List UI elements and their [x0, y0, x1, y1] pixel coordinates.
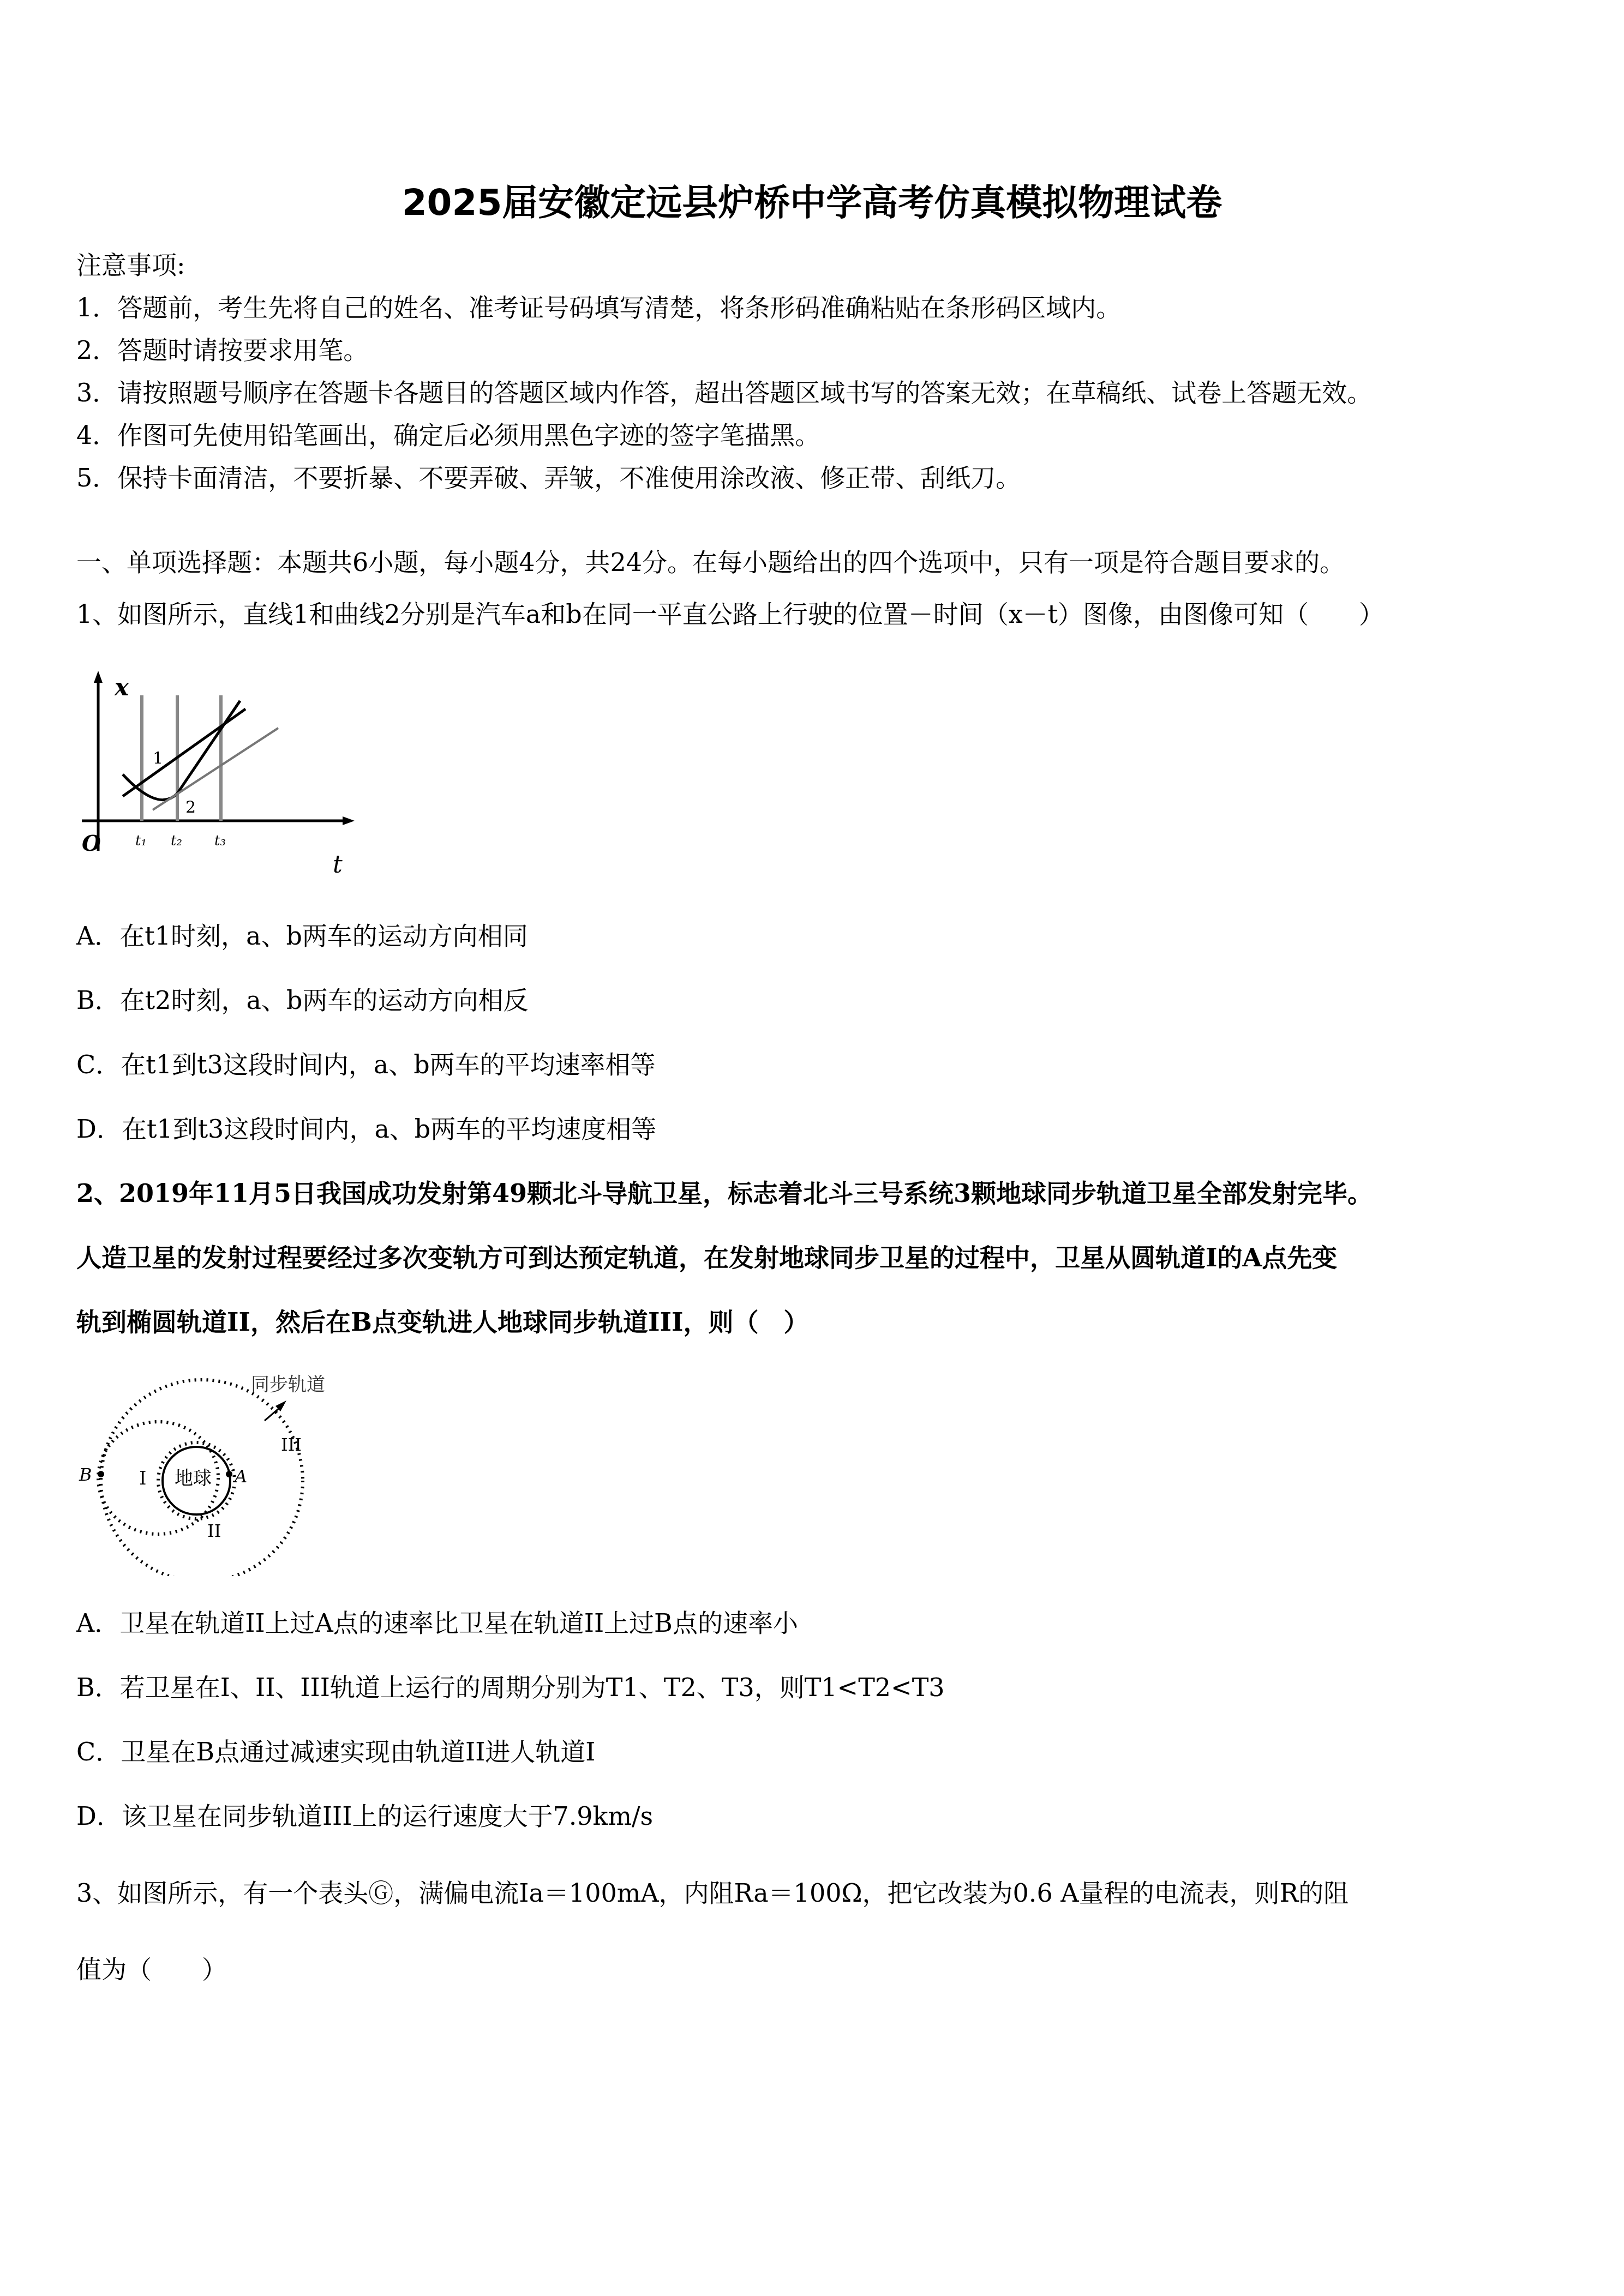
q2-option-b: B．若卫星在I、II、III轨道上运行的周期分别为T1、T2、T3，则T1<T2… [76, 1668, 945, 1704]
svg-text:III: III [281, 1434, 302, 1455]
svg-text:O: O [82, 831, 101, 856]
q1-option-d: D．在t1到t3这段时间内，a、b两车的平均速度相等 [76, 1109, 656, 1145]
q3-stem-line: 3、如图所示，有一个表头Ⓖ，满偏电流Ia＝100mA，内阻Ra＝100Ω，把它改… [76, 1873, 1349, 1909]
svg-text:II: II [207, 1520, 221, 1541]
svg-text:A: A [233, 1466, 247, 1487]
orbit-figure: 同步轨道 B A I 地球 II III [76, 1363, 382, 1576]
q2-stem-line: 人造卫星的发射过程要经过多次变轨方可到达预定轨道，在发射地球同步卫星的过程中，卫… [76, 1238, 1337, 1274]
svg-text:同步轨道: 同步轨道 [251, 1374, 325, 1396]
note-item: 1．答题前，考生先将自己的姓名、准考证号码填写清楚，将条形码准确粘贴在条形码区域… [76, 288, 1121, 324]
svg-text:t₃: t₃ [214, 833, 226, 849]
note-item: 5．保持卡面清洁，不要折暴、不要弄破、弄皱，不准使用涂改液、修正带、刮纸刀。 [76, 458, 1021, 494]
svg-text:2: 2 [185, 798, 196, 817]
q2-stem-line: 轨到椭圆轨道II，然后在B点变轨进人地球同步轨道III，则（ ） [76, 1302, 808, 1338]
q2-stem-line: 2、2019年11月5日我国成功发射第49颗北斗导航卫星，标志着北斗三号系统3颗… [76, 1174, 1373, 1210]
svg-text:t₂: t₂ [171, 833, 182, 849]
svg-text:I: I [139, 1468, 146, 1489]
svg-text:x: x [114, 674, 129, 701]
svg-text:t: t [333, 851, 343, 879]
q1-option-b: B．在t2时刻，a、b两车的运动方向相反 [76, 981, 528, 1017]
page-title: 2025届安徽定远县炉桥中学高考仿真模拟物理试卷 [0, 173, 1624, 225]
q1-option-a: A．在t1时刻，a、b两车的运动方向相同 [76, 916, 528, 952]
svg-text:地球: 地球 [175, 1468, 212, 1489]
svg-text:1: 1 [153, 749, 163, 768]
note-item: 4．作图可先使用铅笔画出，确定后必须用黑色字迹的签字笔描黑。 [76, 416, 820, 452]
q2-option-c: C．卫星在B点通过减速实现由轨道II进人轨道I [76, 1732, 596, 1768]
notes-heading: 注意事项: [76, 245, 185, 281]
q1-option-c: C．在t1到t3这段时间内，a、b两车的平均速率相等 [76, 1045, 656, 1081]
q2-option-a: A．卫星在轨道II上过A点的速率比卫星在轨道II上过B点的速率小 [76, 1603, 798, 1639]
q1-stem: 1、如图所示，直线1和曲线2分别是汽车a和b在同一平直公路上行驶的位置－时间（x… [76, 594, 1384, 630]
q2-option-d: D．该卫星在同步轨道III上的运行速度大于7.9km/s [76, 1796, 653, 1832]
q3-stem-line: 值为（ ） [76, 1950, 227, 1986]
note-item: 2．答题时请按要求用笔。 [76, 330, 368, 366]
note-item: 3．请按照题号顺序在答题卡各题目的答题区域内作答，超出答题区域书写的答案无效；在… [76, 373, 1372, 409]
svg-text:B: B [79, 1464, 92, 1485]
svg-text:t₁: t₁ [135, 833, 147, 849]
section-heading: 一、单项选择题：本题共6小题，每小题4分，共24分。在每小题给出的四个选项中，只… [76, 543, 1345, 579]
xt-graph-figure: x t O t₁ t₂ t₃ 1 2 [82, 665, 365, 883]
